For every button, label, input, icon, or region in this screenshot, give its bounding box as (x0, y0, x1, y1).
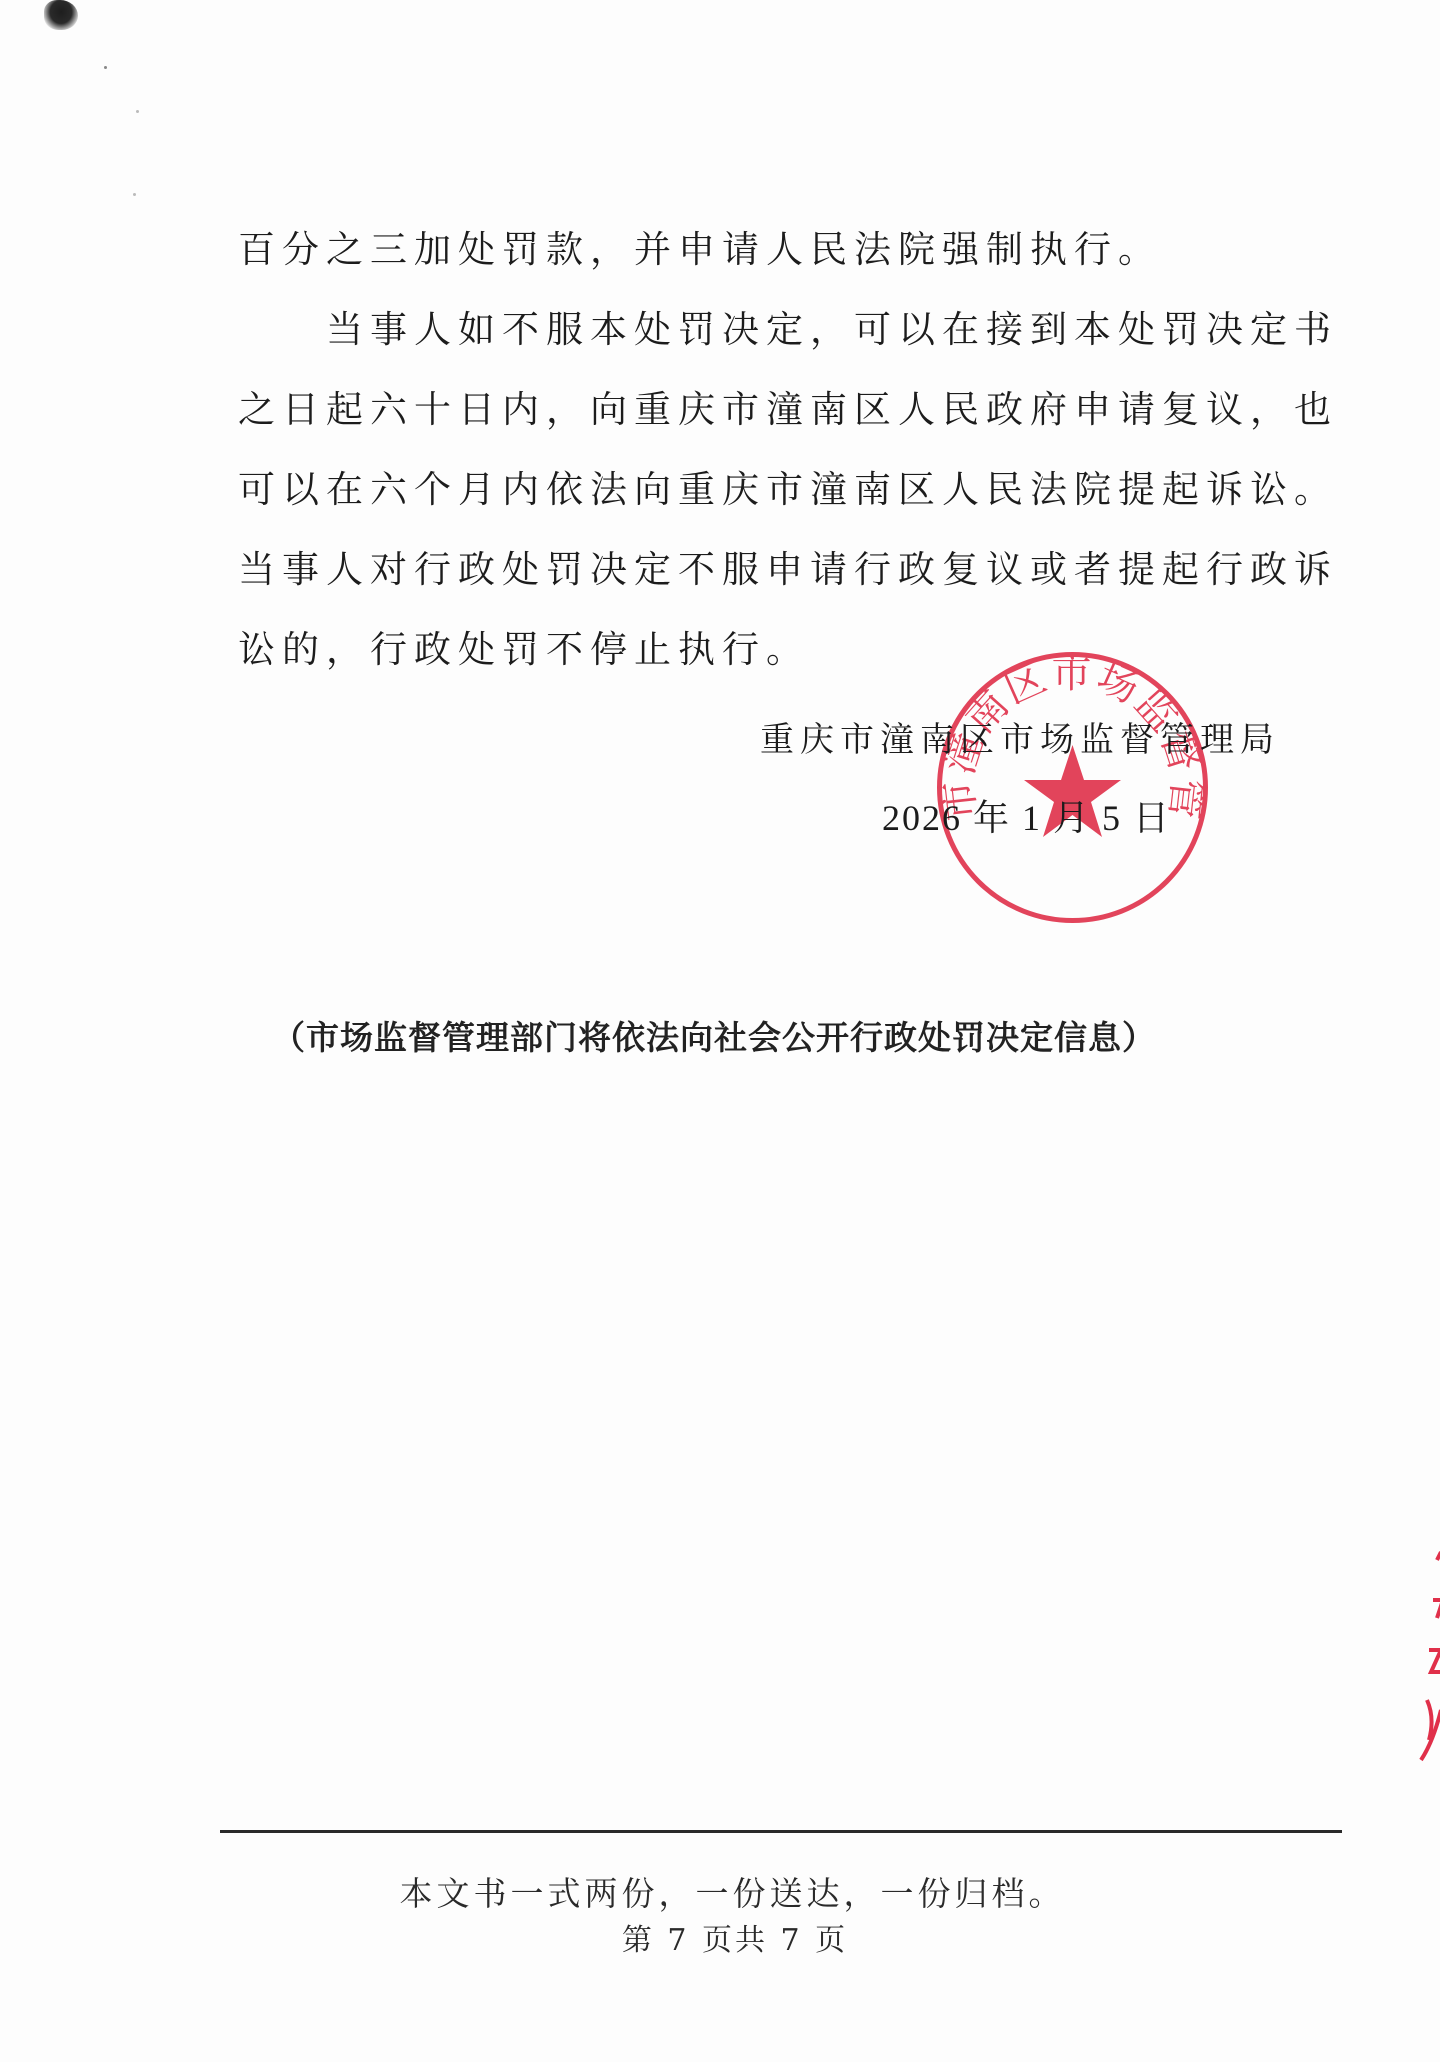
page-number: 第 7 页共 7 页 (0, 1915, 1440, 1959)
official-seal-icon: 重庆市潼南区市场监督管理局 (935, 650, 1210, 925)
scan-speck (133, 193, 136, 196)
scan-speck (136, 110, 139, 113)
issue-date: 2026 年 1 月 5 日 (882, 790, 1171, 841)
footer-divider (220, 1830, 1342, 1833)
scan-smudge (44, 0, 78, 30)
document-page: 百分之三加处罚款，并申请人民法院强制执行。 当事人如不服本处罚决定，可以在接到本… (0, 0, 1440, 2062)
copies-note: 本文书一式两份，一份送达，一份归档。 (0, 1868, 1440, 1915)
seal-fragment-icon (1415, 1530, 1440, 1770)
body-paragraph-1: 百分之三加处罚款，并申请人民法院强制执行。 (238, 210, 1358, 290)
disclosure-notice: （市场监督管理部门将依法向社会公开行政处罚决定信息） (272, 1012, 1156, 1059)
scan-speck (104, 66, 107, 69)
body-paragraph-2: 当事人如不服本处罚决定，可以在接到本处罚决定书之日起六十日内，向重庆市潼南区人民… (238, 290, 1358, 690)
document-body: 百分之三加处罚款，并申请人民法院强制执行。 当事人如不服本处罚决定，可以在接到本… (238, 210, 1358, 690)
issuer-signature: 重庆市潼南区市场监督管理局 (760, 712, 1280, 761)
